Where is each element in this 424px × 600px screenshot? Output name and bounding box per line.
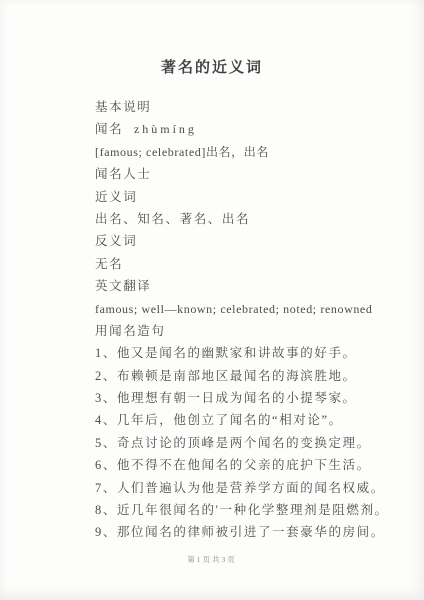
page-number-footer: 第1页共3页: [0, 554, 424, 565]
term-word: 闻名: [95, 122, 123, 136]
page-title: 著名的近义词: [0, 56, 424, 77]
sentence-line: 1、他又是闻名的幽默家和讲故事的好手。: [95, 342, 394, 364]
synonyms-label: 近义词: [95, 186, 394, 208]
basic-explanation-label: 基本说明: [95, 96, 394, 118]
term-pinyin: zhùmíng: [134, 122, 197, 136]
sentence-line: 2、布赖顿是南部地区最闻名的海滨胜地。: [95, 365, 394, 387]
sentence-line: 8、近几年很闻名的'一种化学整理剂是阻燃剂。: [95, 499, 394, 521]
usage-example-line: 闻名人士: [95, 163, 394, 185]
sentence-line: 5、奇点讨论的顶峰是两个闻名的变换定理。: [95, 432, 394, 454]
sentence-line: 7、人们普遍认为他是营养学方面的闻名权威。: [95, 477, 394, 499]
sentence-line: 4、几年后，他创立了闻名的“相对论”。: [95, 409, 394, 431]
sentence-line: 9、那位闻名的律师被引进了一套豪华的房间。: [95, 521, 394, 543]
english-translation-label: 英文翻译: [95, 275, 394, 297]
sentence-line: 6、他不得不在他闻名的父亲的庇护下生活。: [95, 454, 394, 476]
sentence-line: 3、他理想有朝一日成为闻名的小提琴家。: [95, 387, 394, 409]
document-page: 著名的近义词 基本说明 闻名 zhùmíng [famous; celebrat…: [0, 0, 424, 600]
english-translation-line: famous; well—known; celebrated; noted; r…: [95, 298, 394, 320]
document-body: 基本说明 闻名 zhùmíng [famous; celebrated]出名，出…: [95, 96, 394, 544]
antonyms-list: 无名: [95, 253, 394, 275]
antonyms-label: 反义词: [95, 230, 394, 252]
synonyms-list: 出名、知名、著名、出名: [95, 208, 394, 230]
sentences-section-label: 用闻名造句: [95, 320, 394, 342]
definition-line: [famous; celebrated]出名，出名: [95, 141, 394, 163]
term-pinyin-line: 闻名 zhùmíng: [95, 118, 394, 140]
